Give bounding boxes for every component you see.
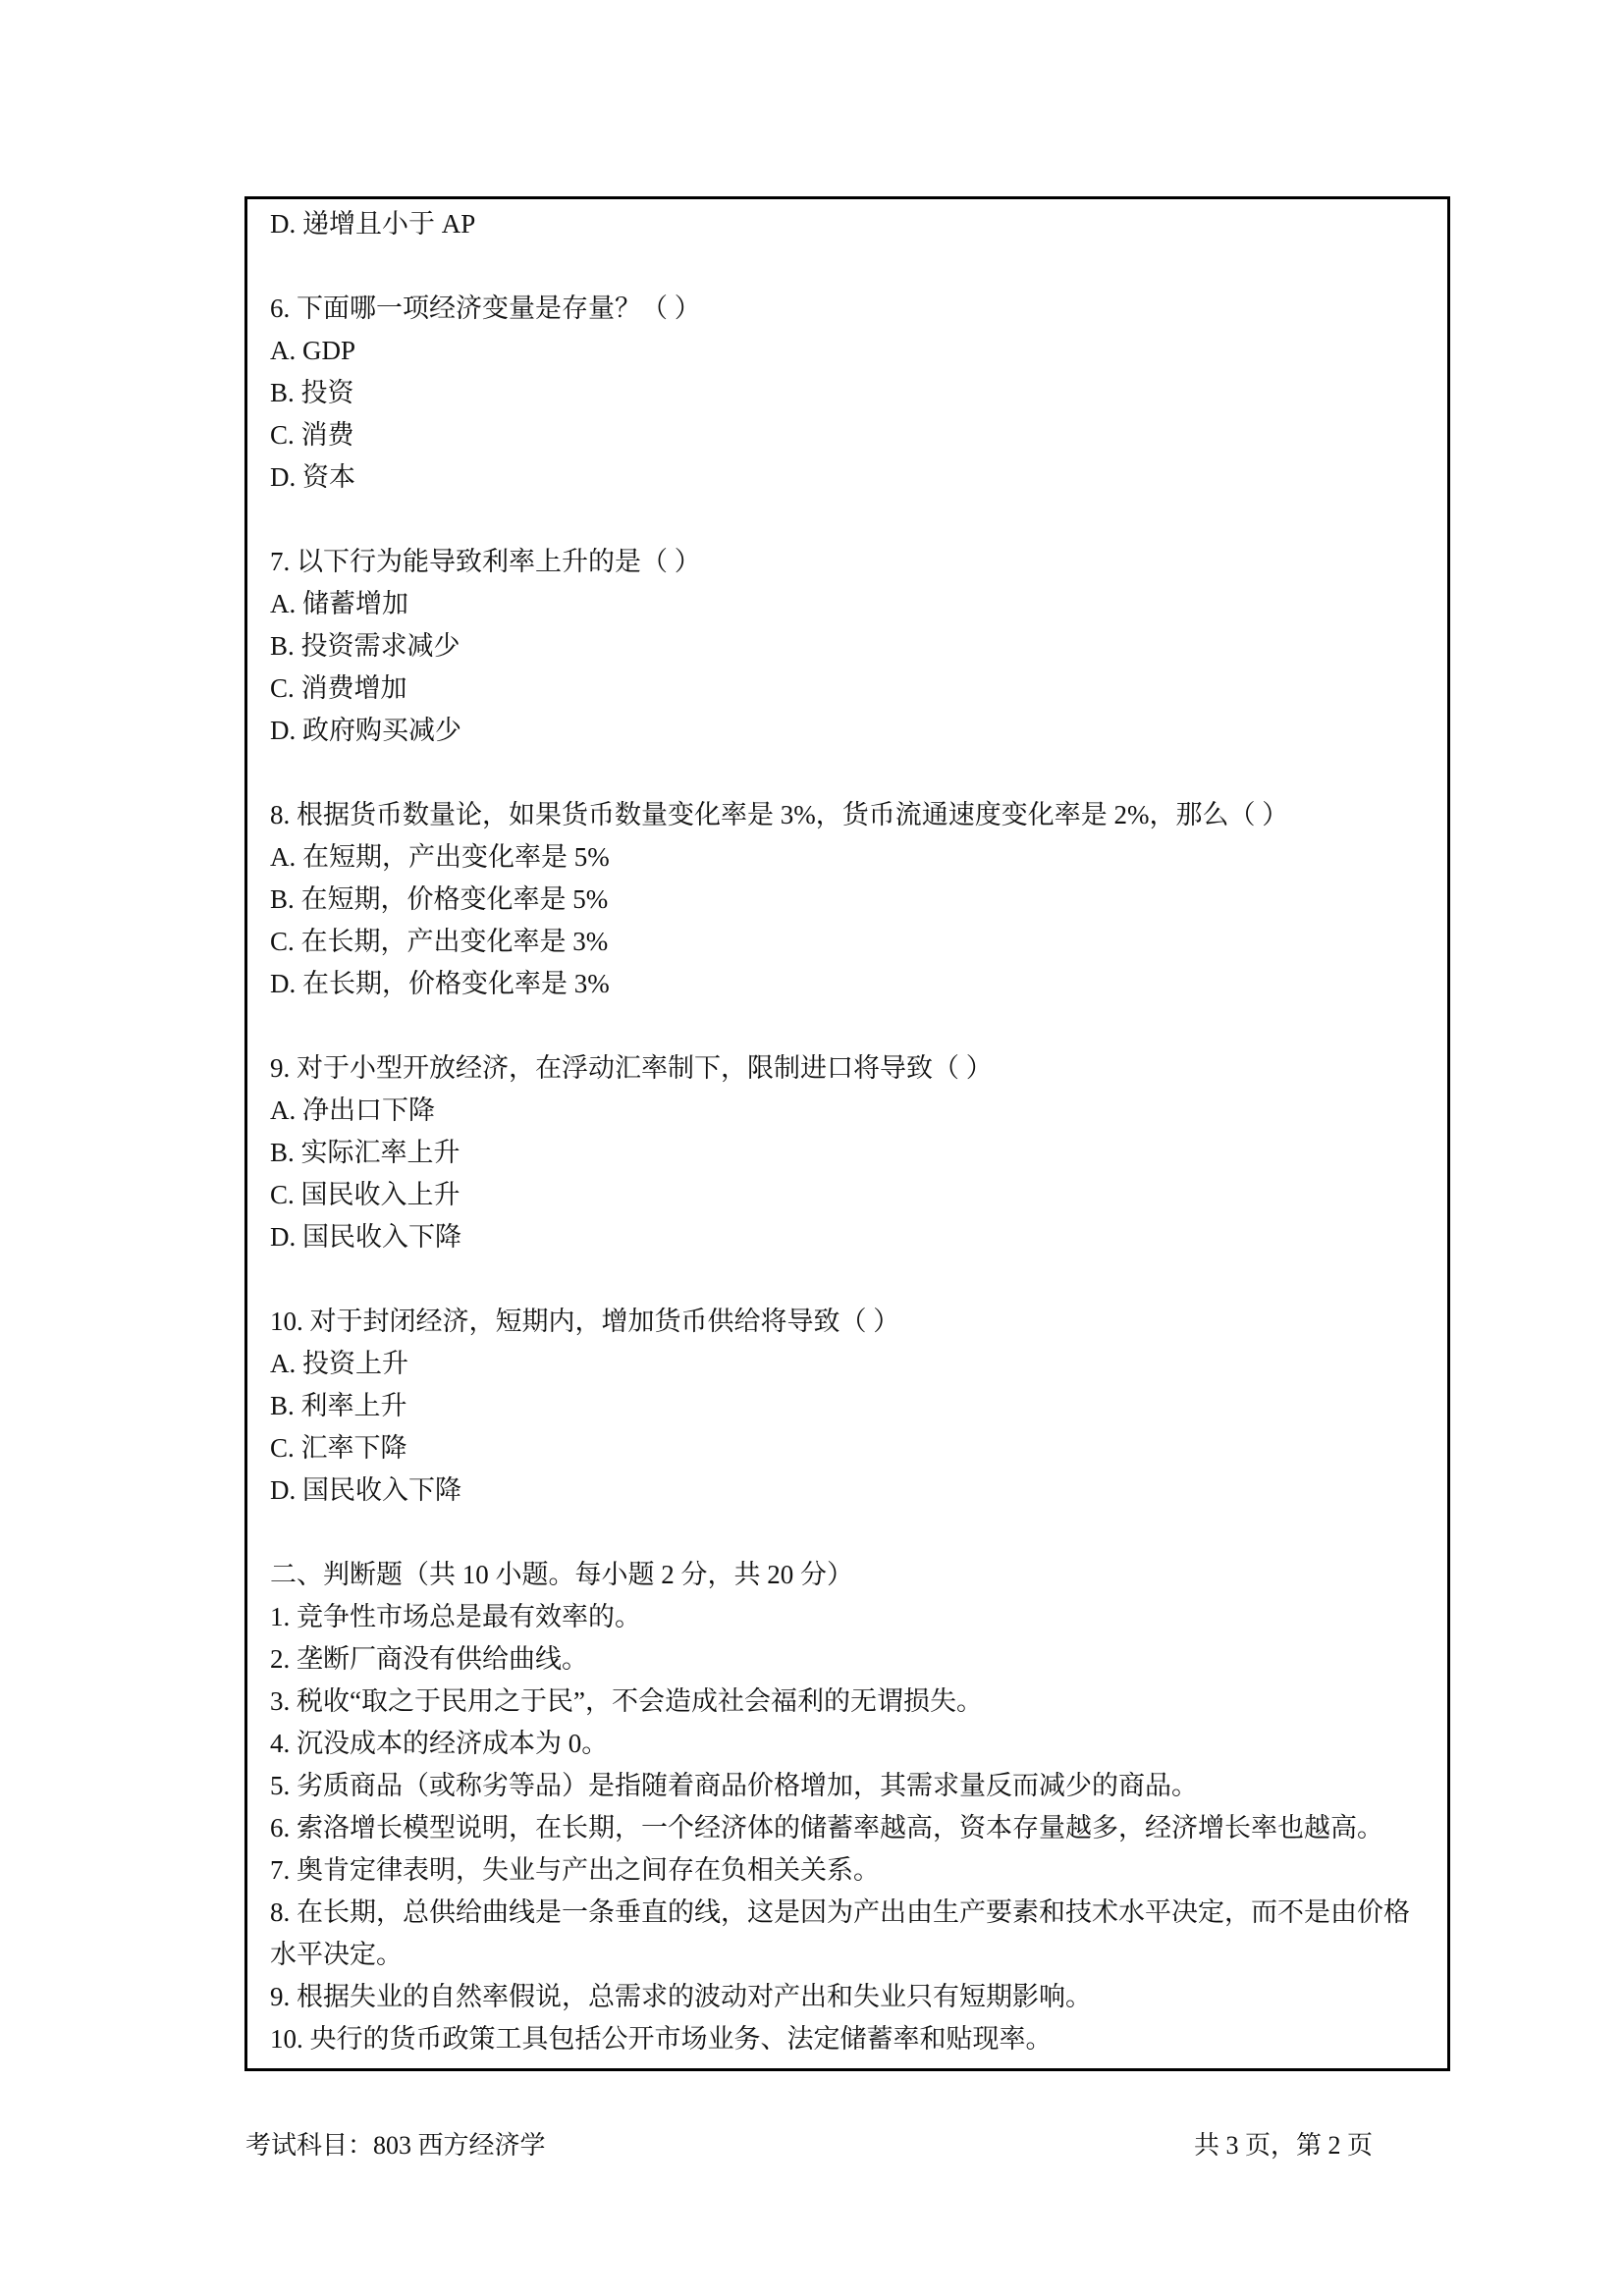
question-9-option-c: C. 国民收入上升 bbox=[270, 1174, 1435, 1216]
question-9-option-a: A. 净出口下降 bbox=[270, 1090, 1435, 1132]
question-10: 10. 对于封闭经济，短期内，增加货币供给将导致（ ） bbox=[270, 1301, 1435, 1343]
true-false-item-4: 4. 沉没成本的经济成本为 0。 bbox=[270, 1723, 1435, 1765]
spacer bbox=[270, 245, 1435, 288]
question-7-option-d: D. 政府购买减少 bbox=[270, 710, 1435, 752]
question-7: 7. 以下行为能导致利率上升的是（ ） bbox=[270, 541, 1435, 583]
question-6: 6. 下面哪一项经济变量是存量？（ ） bbox=[270, 288, 1435, 330]
exam-question-box: D. 递增且小于 AP 6. 下面哪一项经济变量是存量？（ ） A. GDP B… bbox=[244, 196, 1450, 2071]
spacer bbox=[270, 752, 1435, 794]
spacer bbox=[270, 1512, 1435, 1554]
section-header-true-false: 二、判断题（共 10 小题。每小题 2 分，共 20 分） bbox=[270, 1554, 1435, 1596]
true-false-item-9: 9. 根据失业的自然率假说，总需求的波动对产出和失业只有短期影响。 bbox=[270, 1976, 1435, 2018]
question-8: 8. 根据货币数量论，如果货币数量变化率是 3%，货币流通速度变化率是 2%，那… bbox=[270, 794, 1435, 836]
footer-page-info: 共 3 页，第 2 页 bbox=[1194, 2128, 1373, 2163]
question-7-option-b: B. 投资需求减少 bbox=[270, 625, 1435, 667]
question-10-option-c: C. 汇率下降 bbox=[270, 1427, 1435, 1469]
exam-content: D. 递增且小于 AP 6. 下面哪一项经济变量是存量？（ ） A. GDP B… bbox=[270, 203, 1435, 2060]
question-8-option-c: C. 在长期，产出变化率是 3% bbox=[270, 921, 1435, 963]
true-false-item-2: 2. 垄断厂商没有供给曲线。 bbox=[270, 1638, 1435, 1681]
question-7-option-a: A. 储蓄增加 bbox=[270, 583, 1435, 625]
true-false-item-6: 6. 索洛增长模型说明，在长期，一个经济体的储蓄率越高，资本存量越多，经济增长率… bbox=[270, 1807, 1435, 1849]
question-6-option-b: B. 投资 bbox=[270, 372, 1435, 414]
question-8-option-d: D. 在长期，价格变化率是 3% bbox=[270, 963, 1435, 1005]
spacer bbox=[270, 499, 1435, 541]
question-9-option-b: B. 实际汇率上升 bbox=[270, 1132, 1435, 1174]
question-7-option-c: C. 消费增加 bbox=[270, 667, 1435, 710]
question-6-option-d: D. 资本 bbox=[270, 456, 1435, 499]
question-9-option-d: D. 国民收入下降 bbox=[270, 1216, 1435, 1258]
question-8-option-a: A. 在短期，产出变化率是 5% bbox=[270, 836, 1435, 879]
question-10-option-d: D. 国民收入下降 bbox=[270, 1469, 1435, 1512]
true-false-item-3: 3. 税收“取之于民用之于民”，不会造成社会福利的无谓损失。 bbox=[270, 1681, 1435, 1723]
spacer bbox=[270, 1258, 1435, 1301]
true-false-item-8: 8. 在长期，总供给曲线是一条垂直的线，这是因为产出由生产要素和技术水平决定，而… bbox=[270, 1892, 1435, 1976]
true-false-item-1: 1. 竞争性市场总是最有效率的。 bbox=[270, 1596, 1435, 1638]
option-d-previous: D. 递增且小于 AP bbox=[270, 203, 1435, 245]
question-8-option-b: B. 在短期，价格变化率是 5% bbox=[270, 879, 1435, 921]
true-false-item-10: 10. 央行的货币政策工具包括公开市场业务、法定储蓄率和贴现率。 bbox=[270, 2018, 1435, 2060]
question-6-option-a: A. GDP bbox=[270, 330, 1435, 372]
question-6-option-c: C. 消费 bbox=[270, 414, 1435, 456]
spacer bbox=[270, 1005, 1435, 1047]
question-9: 9. 对于小型开放经济，在浮动汇率制下，限制进口将导致（ ） bbox=[270, 1047, 1435, 1090]
true-false-item-7: 7. 奥肯定律表明，失业与产出之间存在负相关关系。 bbox=[270, 1849, 1435, 1892]
question-10-option-a: A. 投资上升 bbox=[270, 1343, 1435, 1385]
question-10-option-b: B. 利率上升 bbox=[270, 1385, 1435, 1427]
footer-subject: 考试科目：803 西方经济学 bbox=[245, 2128, 546, 2163]
true-false-item-5: 5. 劣质商品（或称劣等品）是指随着商品价格增加，其需求量反而减少的商品。 bbox=[270, 1765, 1435, 1807]
